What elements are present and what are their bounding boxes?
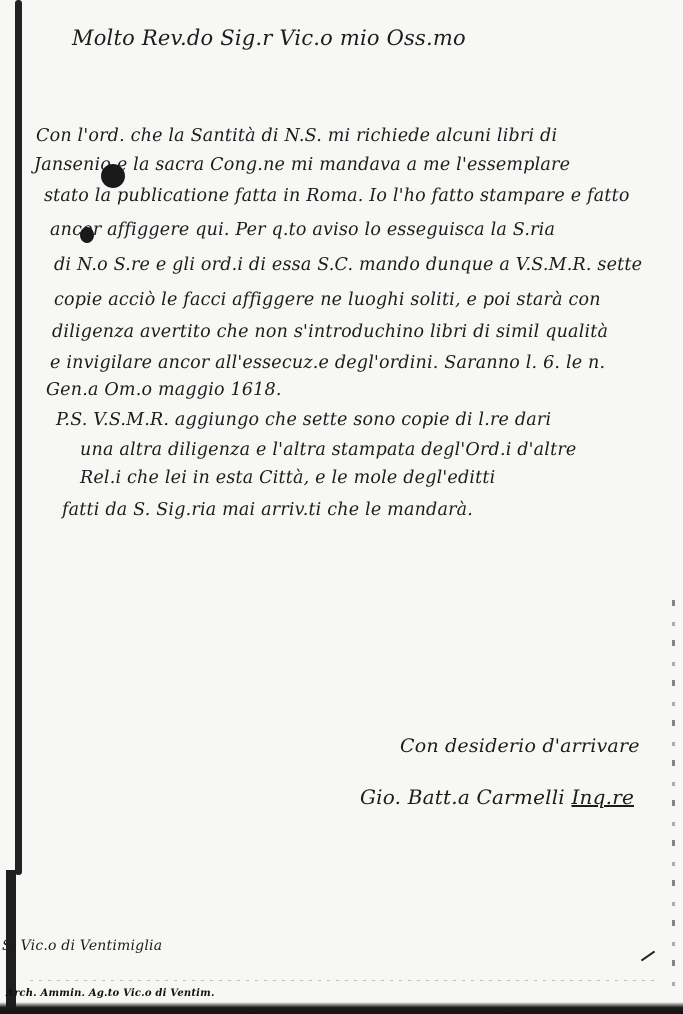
date-line: Gen.a Om.o maggio 1618. [46,380,282,400]
postscript-line: P.S. V.S.M.R. aggiungo che sette sono co… [56,410,551,430]
body-line: di N.o S.re e gli ord.i di essa S.C. man… [54,255,642,275]
postscript-line: Rel.i che lei in esta Città, e le mole d… [80,468,495,488]
addressee-note: S. Vic.o di Ventimiglia [2,938,162,954]
postscript-line: una altra diligenza e l'altra stampata d… [80,440,576,460]
signature-title: Inq.re [571,785,634,809]
ink-blot [80,227,94,243]
body-line: ancor affiggere qui. Per q.to aviso lo e… [50,220,555,240]
salutation: Molto Rev.do Sig.r Vic.o mio Oss.mo [72,26,466,50]
fold-line [30,980,660,981]
signature: Gio. Batt.a Carmelli Inq.re [360,785,634,809]
signature-name: Gio. Batt.a Carmelli [360,785,565,809]
archival-note: Arch. Ammin. Ag.to Vic.o di Ventim. [6,988,215,999]
body-line: copie acciò le facci affiggere ne luoghi… [54,290,601,310]
body-line: stato la publicatione fatta in Roma. Io … [44,186,630,206]
ink-blot [101,164,125,188]
postscript-line: fatti da S. Sig.ria mai arriv.ti che le … [62,500,473,520]
manuscript-page: Molto Rev.do Sig.r Vic.o mio Oss.mo Con … [0,0,683,1014]
closing-phrase: Con desiderio d'arrivare [400,735,640,757]
stray-pen-mark [641,951,655,962]
body-line: e invigilare ancor all'essecuz.e degl'or… [50,353,605,373]
body-line: diligenza avertito che non s'introduchin… [52,322,608,342]
left-margin-rule [15,0,22,875]
scan-bottom-edge [0,1002,683,1014]
right-paper-edge [672,600,675,1000]
body-line: Con l'ord. che la Santità di N.S. mi ric… [36,126,557,146]
